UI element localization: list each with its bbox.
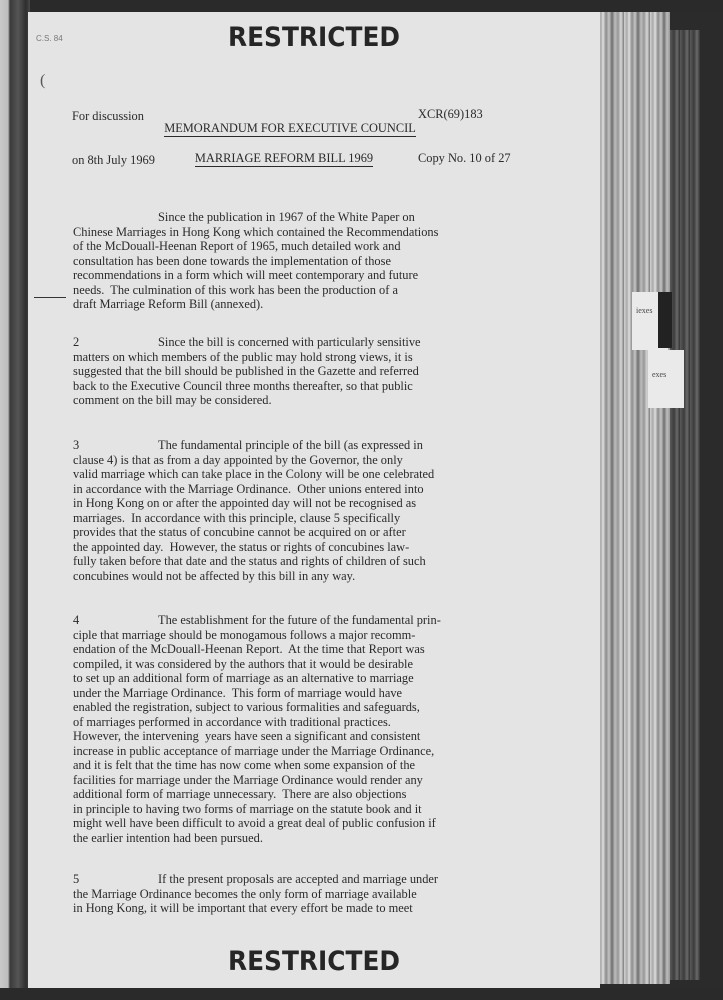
paragraph-line: recommendations in a form which will mee… — [73, 268, 593, 283]
binder-tab-label: exes — [652, 370, 666, 379]
paragraph-4: 4 The establishment for the future of th… — [73, 613, 593, 845]
paragraph-line: enabled the registration, subject to var… — [73, 700, 593, 715]
paragraph-2: 2 Since the bill is concerned with parti… — [73, 335, 593, 408]
paragraph-line: of the McDouall-Heenan Report of 1965, m… — [73, 239, 593, 254]
paragraph-line: consultation has been done towards the i… — [73, 254, 593, 269]
paragraph-line: in accordance with the Marriage Ordinanc… — [73, 482, 593, 497]
document-reference: XCR(69)183 — [418, 107, 511, 122]
margin-pencil-mark: ( — [40, 72, 45, 90]
paragraph-number: 4 — [73, 613, 79, 628]
paragraph-number: 5 — [73, 872, 79, 887]
paragraph-line: needs. The culmination of this work has … — [73, 283, 593, 298]
paragraph-line: in Hong Kong on or after the appointed d… — [73, 496, 593, 511]
paragraph-line: additional form of marriage unnecessary.… — [73, 787, 593, 802]
paragraph-line: compiled, it was considered by the autho… — [73, 657, 593, 672]
paragraph-line: provides that the status of concubine ca… — [73, 525, 593, 540]
paragraph-line: Since the publication in 1967 of the Whi… — [73, 210, 593, 225]
paragraph-line: in Hong Kong, it will be important that … — [73, 901, 593, 916]
paragraph-line: matters on which members of the public m… — [73, 350, 593, 365]
paragraph-line: back to the Executive Council three mont… — [73, 379, 593, 394]
paragraph-line: to set up an additional form of marriage… — [73, 671, 593, 686]
discussion-date-block: For discussion on 8th July 1969 — [72, 80, 155, 196]
paragraph-line: Chinese Marriages in Hong Kong which con… — [73, 225, 593, 240]
memo-title: MEMORANDUM FOR EXECUTIVE COUNCIL — [30, 121, 550, 136]
paragraph-line: facilities for marriage under the Marria… — [73, 773, 593, 788]
paragraph-number: 3 — [73, 438, 79, 453]
paragraph-line: Since the bill is concerned with particu… — [73, 335, 593, 350]
binder-tab-shadow — [658, 292, 672, 348]
paragraph-line: clause 4) is that as from a day appointe… — [73, 453, 593, 468]
paragraph-line: endation of the McDouall-Heenan Report. … — [73, 642, 593, 657]
paragraph-line: concubines would not be affected by this… — [73, 569, 593, 584]
paragraph-line: and it is felt that the time has now com… — [73, 758, 593, 773]
paragraph-line: However, the intervening years have seen… — [73, 729, 593, 744]
paragraph-line: marriages. In accordance with this princ… — [73, 511, 593, 526]
paragraph-line: the earlier intention had been pursued. — [73, 831, 593, 846]
paragraph-line: of marriages performed in accordance wit… — [73, 715, 593, 730]
classification-header: RESTRICTED — [51, 22, 577, 53]
paragraph-line: might well have been difficult to avoid … — [73, 816, 593, 831]
margin-note: C.S. 84 — [36, 34, 63, 43]
paragraph-line: increase in public acceptance of marriag… — [73, 744, 593, 759]
binder-spine — [0, 0, 30, 1000]
paragraph-line: comment on the bill may be considered. — [73, 393, 593, 408]
paragraph-line: draft Marriage Reform Bill (annexed). — [73, 297, 593, 312]
paragraph-line: suggested that the bill should be publis… — [73, 364, 593, 379]
paragraph-line: The establishment for the future of the … — [73, 613, 593, 628]
paragraph-5: 5 If the present proposals are accepted … — [73, 872, 593, 916]
paragraph-number: 2 — [73, 335, 79, 350]
binder-tab-2[interactable]: exes — [648, 350, 684, 408]
binder-tab-label: iexes — [636, 306, 652, 315]
paragraph-line: ciple that marriage should be monogamous… — [73, 628, 593, 643]
paragraph-line: the Marriage Ordinance becomes the only … — [73, 887, 593, 902]
bill-title: MARRIAGE REFORM BILL 1969 — [24, 151, 544, 166]
paragraph-3: 3 The fundamental principle of the bill … — [73, 438, 593, 583]
paragraph-line: under the Marriage Ordinance. This form … — [73, 686, 593, 701]
scan-top-border — [0, 0, 723, 12]
margin-rule-mark — [34, 297, 66, 298]
paragraph-line: If the present proposals are accepted an… — [73, 872, 593, 887]
paragraph-line: The fundamental principle of the bill (a… — [73, 438, 593, 453]
reference-block: XCR(69)183 Copy No. 10 of 27 — [418, 78, 511, 194]
binder-cover-edge — [670, 30, 700, 980]
paragraph-line: fully taken before that date and the sta… — [73, 554, 593, 569]
paragraph-line: valid marriage which can take place in t… — [73, 467, 593, 482]
stacked-page-edges — [598, 12, 670, 984]
paragraph-line: the appointed day. However, the status o… — [73, 540, 593, 555]
paragraph-line: in principle to having two forms of marr… — [73, 802, 593, 817]
classification-footer: RESTRICTED — [51, 946, 577, 977]
paragraph-1: Since the publication in 1967 of the Whi… — [73, 210, 593, 312]
scan-bottom-border — [0, 988, 723, 1000]
document-page: RESTRICTED C.S. 84 ( For discussion on 8… — [28, 12, 600, 988]
